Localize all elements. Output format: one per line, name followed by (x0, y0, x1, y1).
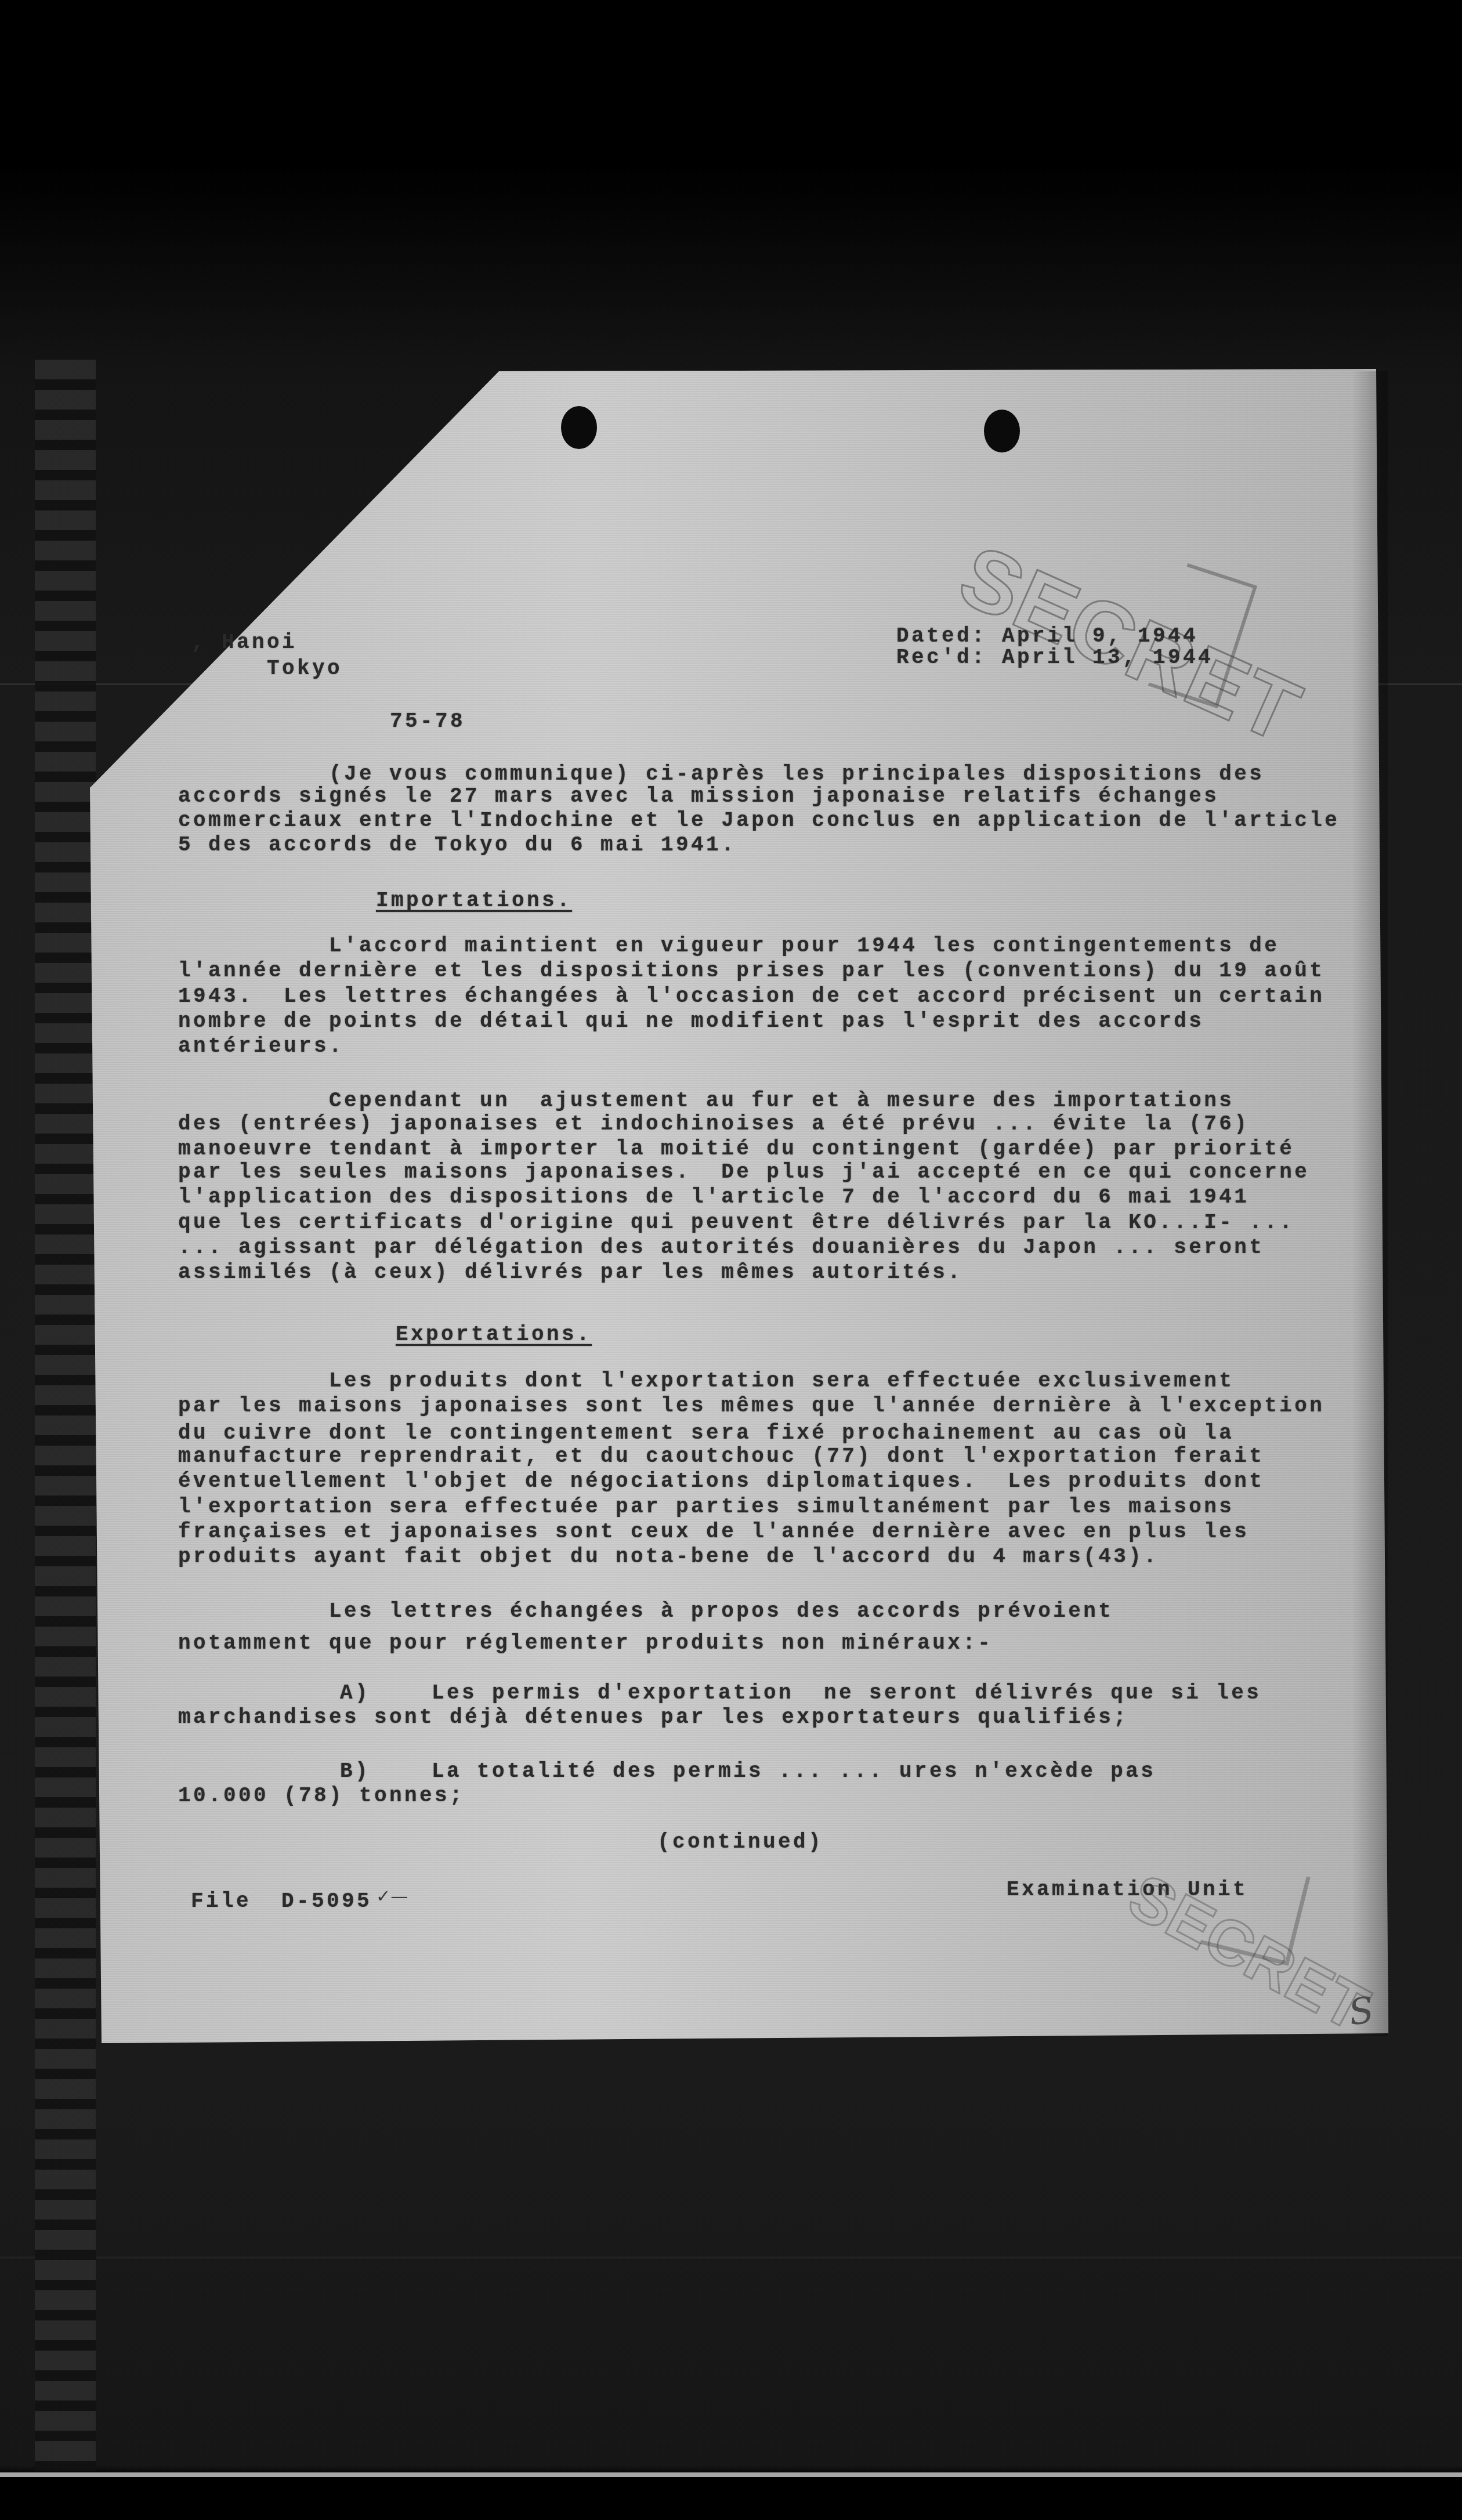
film-bottom-edge (0, 2472, 1462, 2477)
paper-edge-shadow (1352, 371, 1388, 2036)
intro-line: accords signés le 27 mars avec la missio… (178, 784, 1219, 809)
received-value: April 13, 1944 (1002, 646, 1213, 669)
punch-hole-right (984, 410, 1020, 452)
film-edge-strip (35, 360, 96, 2471)
continued-note: (continued) (657, 1830, 823, 1855)
punch-hole-left (561, 406, 597, 449)
importations-p2-line: l'application des dispositions de l'arti… (178, 1185, 1249, 1210)
exportations-p1-line: manufacture reprendrait, et du caoutchou… (178, 1444, 1264, 1469)
item-a-line: marchandises sont déjà détenues par les … (178, 1705, 1128, 1730)
recipient-location: Tokyo (267, 656, 342, 681)
importations-p2-line: manoeuvre tendant à importer la moitié d… (178, 1136, 1294, 1161)
item-b-line: 10.000 (78) tonnes; (178, 1783, 465, 1808)
importations-p2-line: des (entrées) japonaises et indochinoise… (178, 1111, 1249, 1136)
received-label: Rec'd: (896, 646, 987, 669)
received-line: Rec'd: April 13, 1944 (896, 645, 1213, 670)
item-b-marker: B) (340, 1759, 370, 1784)
importations-p1-line: antérieurs. (178, 1034, 344, 1059)
file-reference: File D-5095 (191, 1889, 372, 1914)
dated-label: Dated: (896, 624, 987, 648)
intro-line: commerciaux entre l'Indochine et le Japo… (178, 808, 1340, 833)
exportations-p1-line: par les maisons japonaises sont les même… (178, 1393, 1325, 1418)
item-b-line: La totalité des permis ... ... ures n'ex… (432, 1759, 1156, 1784)
importations-p2-line: que les certificats d'origine qui peuven… (178, 1210, 1294, 1235)
heading-importations: Importations. (376, 888, 572, 913)
importations-p2-line: ... agissant par délégation des autorité… (178, 1235, 1264, 1260)
intro-line: 5 des accords de Tokyo du 6 mai 1941. (178, 832, 736, 857)
importations-p1-line: L'accord maintient en vigueur pour 1944 … (178, 933, 1279, 958)
importations-p1-line: 1943. Les lettres échangées à l'occasion… (178, 984, 1325, 1009)
exportations-p1-line: du cuivre dont le contingentement sera f… (178, 1421, 1234, 1446)
check-mark-icon: ✓— (376, 1887, 408, 1907)
film-scratch-line (0, 2257, 1462, 2258)
item-a-marker: A) (340, 1681, 370, 1706)
exportations-p1-line: Les produits dont l'exportation sera eff… (178, 1368, 1234, 1393)
heading-exportations: Exportations. (396, 1322, 592, 1347)
dated-value: April 9, 1944 (1002, 624, 1198, 648)
importations-p2-line: par les seules maisons japonaises. De pl… (178, 1160, 1309, 1185)
exportations-p2-line: notamment que pour réglementer produits … (178, 1631, 993, 1656)
importations-p1-line: nombre de points de détail qui ne modifi… (178, 1009, 1204, 1034)
importations-p1-line: l'année dernière et les dispositions pri… (178, 958, 1325, 983)
exportations-p2-line: Les lettres échangées à propos des accor… (178, 1599, 1113, 1624)
sender-location: , Hanoi (191, 630, 297, 655)
exportations-p1-line: éventuellement l'objet de négociations d… (178, 1469, 1264, 1494)
exportations-p1-line: produits ayant fait objet du nota-bene d… (178, 1544, 1159, 1569)
exportations-p1-line: françaises et japonaises sont ceux de l'… (178, 1519, 1249, 1544)
item-a-line: Les permis d'exportation ne seront déliv… (432, 1681, 1261, 1706)
importations-p2-line: Cependant un ajustement au fur et à mesu… (178, 1088, 1234, 1113)
message-serial: 75-78 (390, 709, 465, 734)
exportations-p1-line: l'exportation sera effectuée par parties… (178, 1494, 1234, 1519)
importations-p2-line: assimilés (à ceux) délivrés par les même… (178, 1260, 962, 1285)
intro-line: (Je vous communique) ci-après les princi… (178, 762, 1264, 787)
